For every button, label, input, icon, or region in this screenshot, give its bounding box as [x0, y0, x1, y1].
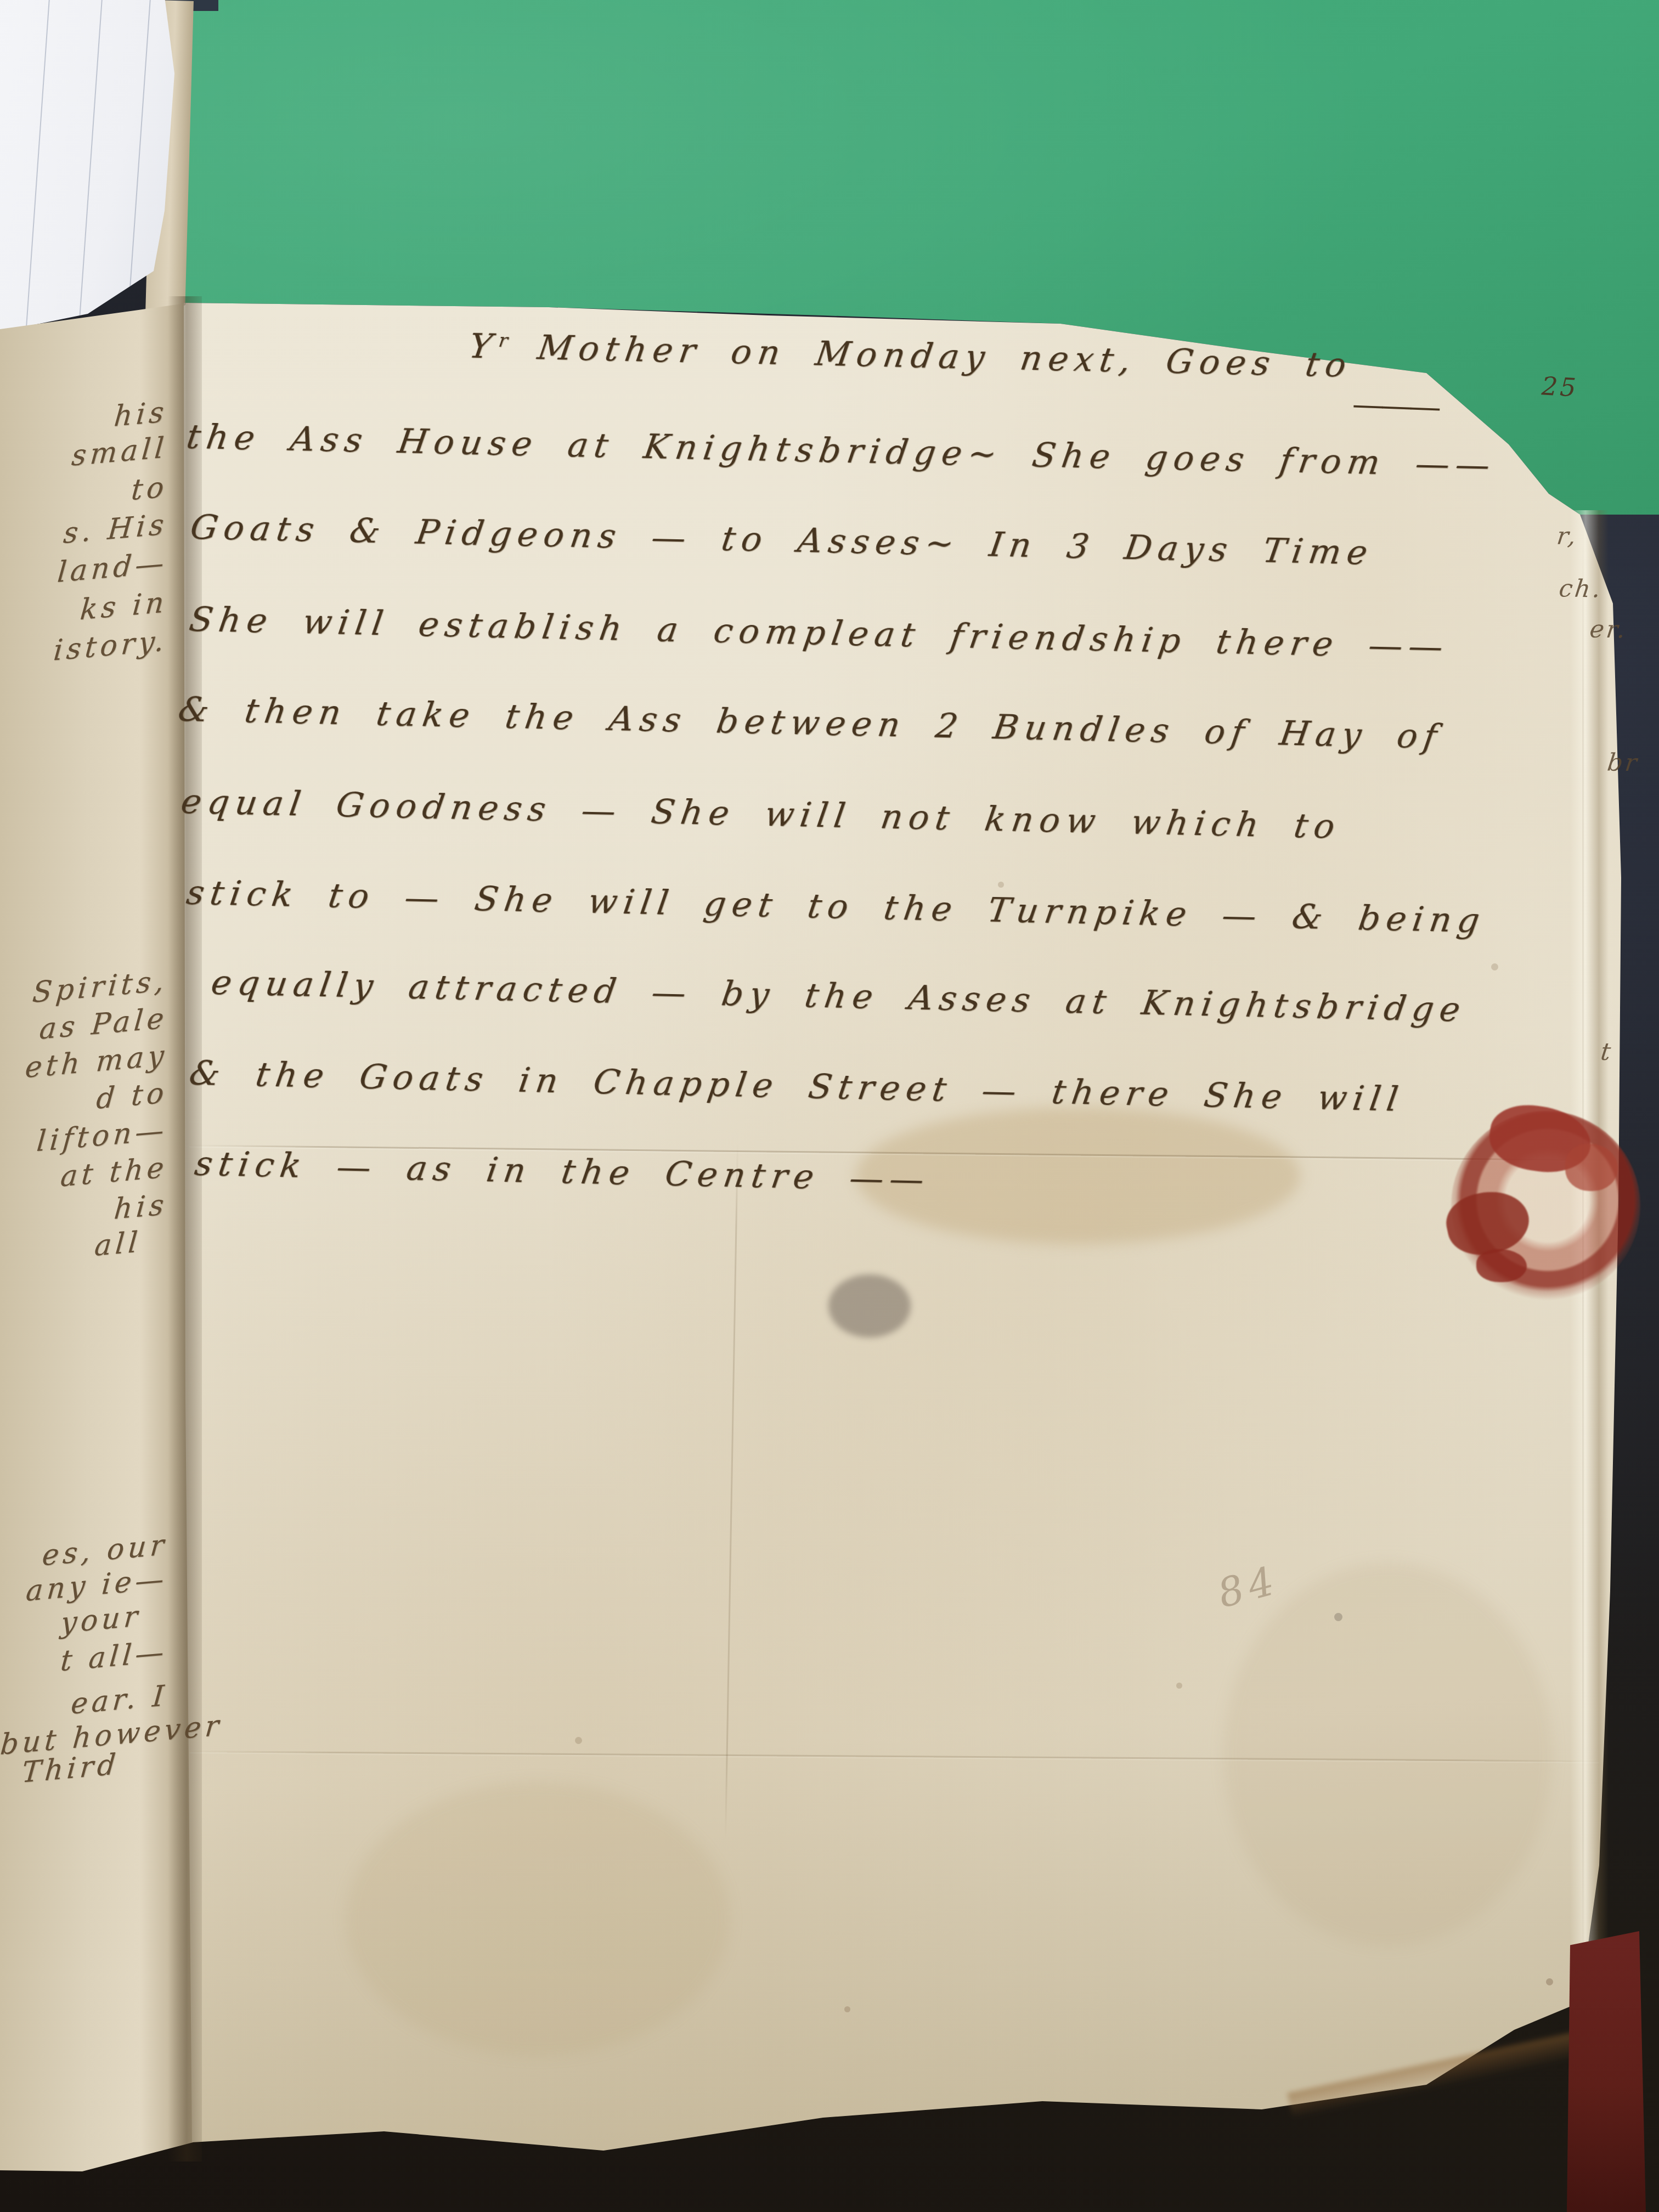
rule-line — [77, 0, 103, 352]
heading-initial: Y — [466, 326, 500, 366]
letter-page — [181, 301, 1624, 2155]
edge-fragment: ch. — [1558, 574, 1604, 603]
wax-fragment — [1565, 1144, 1618, 1191]
page-number: 25 — [1541, 371, 1579, 402]
edge-fragment: er. — [1588, 615, 1629, 644]
wax-fragment — [1476, 1249, 1527, 1282]
page-discoloration — [346, 1782, 730, 2056]
photo-of-handwritten-letter: Yr Mother on Monday next, Goes to ——— 25… — [0, 0, 1659, 2212]
fold-crease-vertical — [725, 1143, 738, 1839]
book-gutter-shadow — [168, 296, 202, 2162]
rule-line — [24, 0, 50, 352]
ink-smudge — [828, 1274, 911, 1338]
wax-seal-remnant — [1451, 1111, 1640, 1300]
heading-flourish: ——— — [1352, 385, 1438, 426]
page-discoloration — [1223, 1562, 1553, 1946]
red-leather-book-edge — [1567, 1931, 1649, 2212]
edge-fragment: r, — [1555, 522, 1579, 551]
edge-fragment: br — [1606, 749, 1640, 777]
